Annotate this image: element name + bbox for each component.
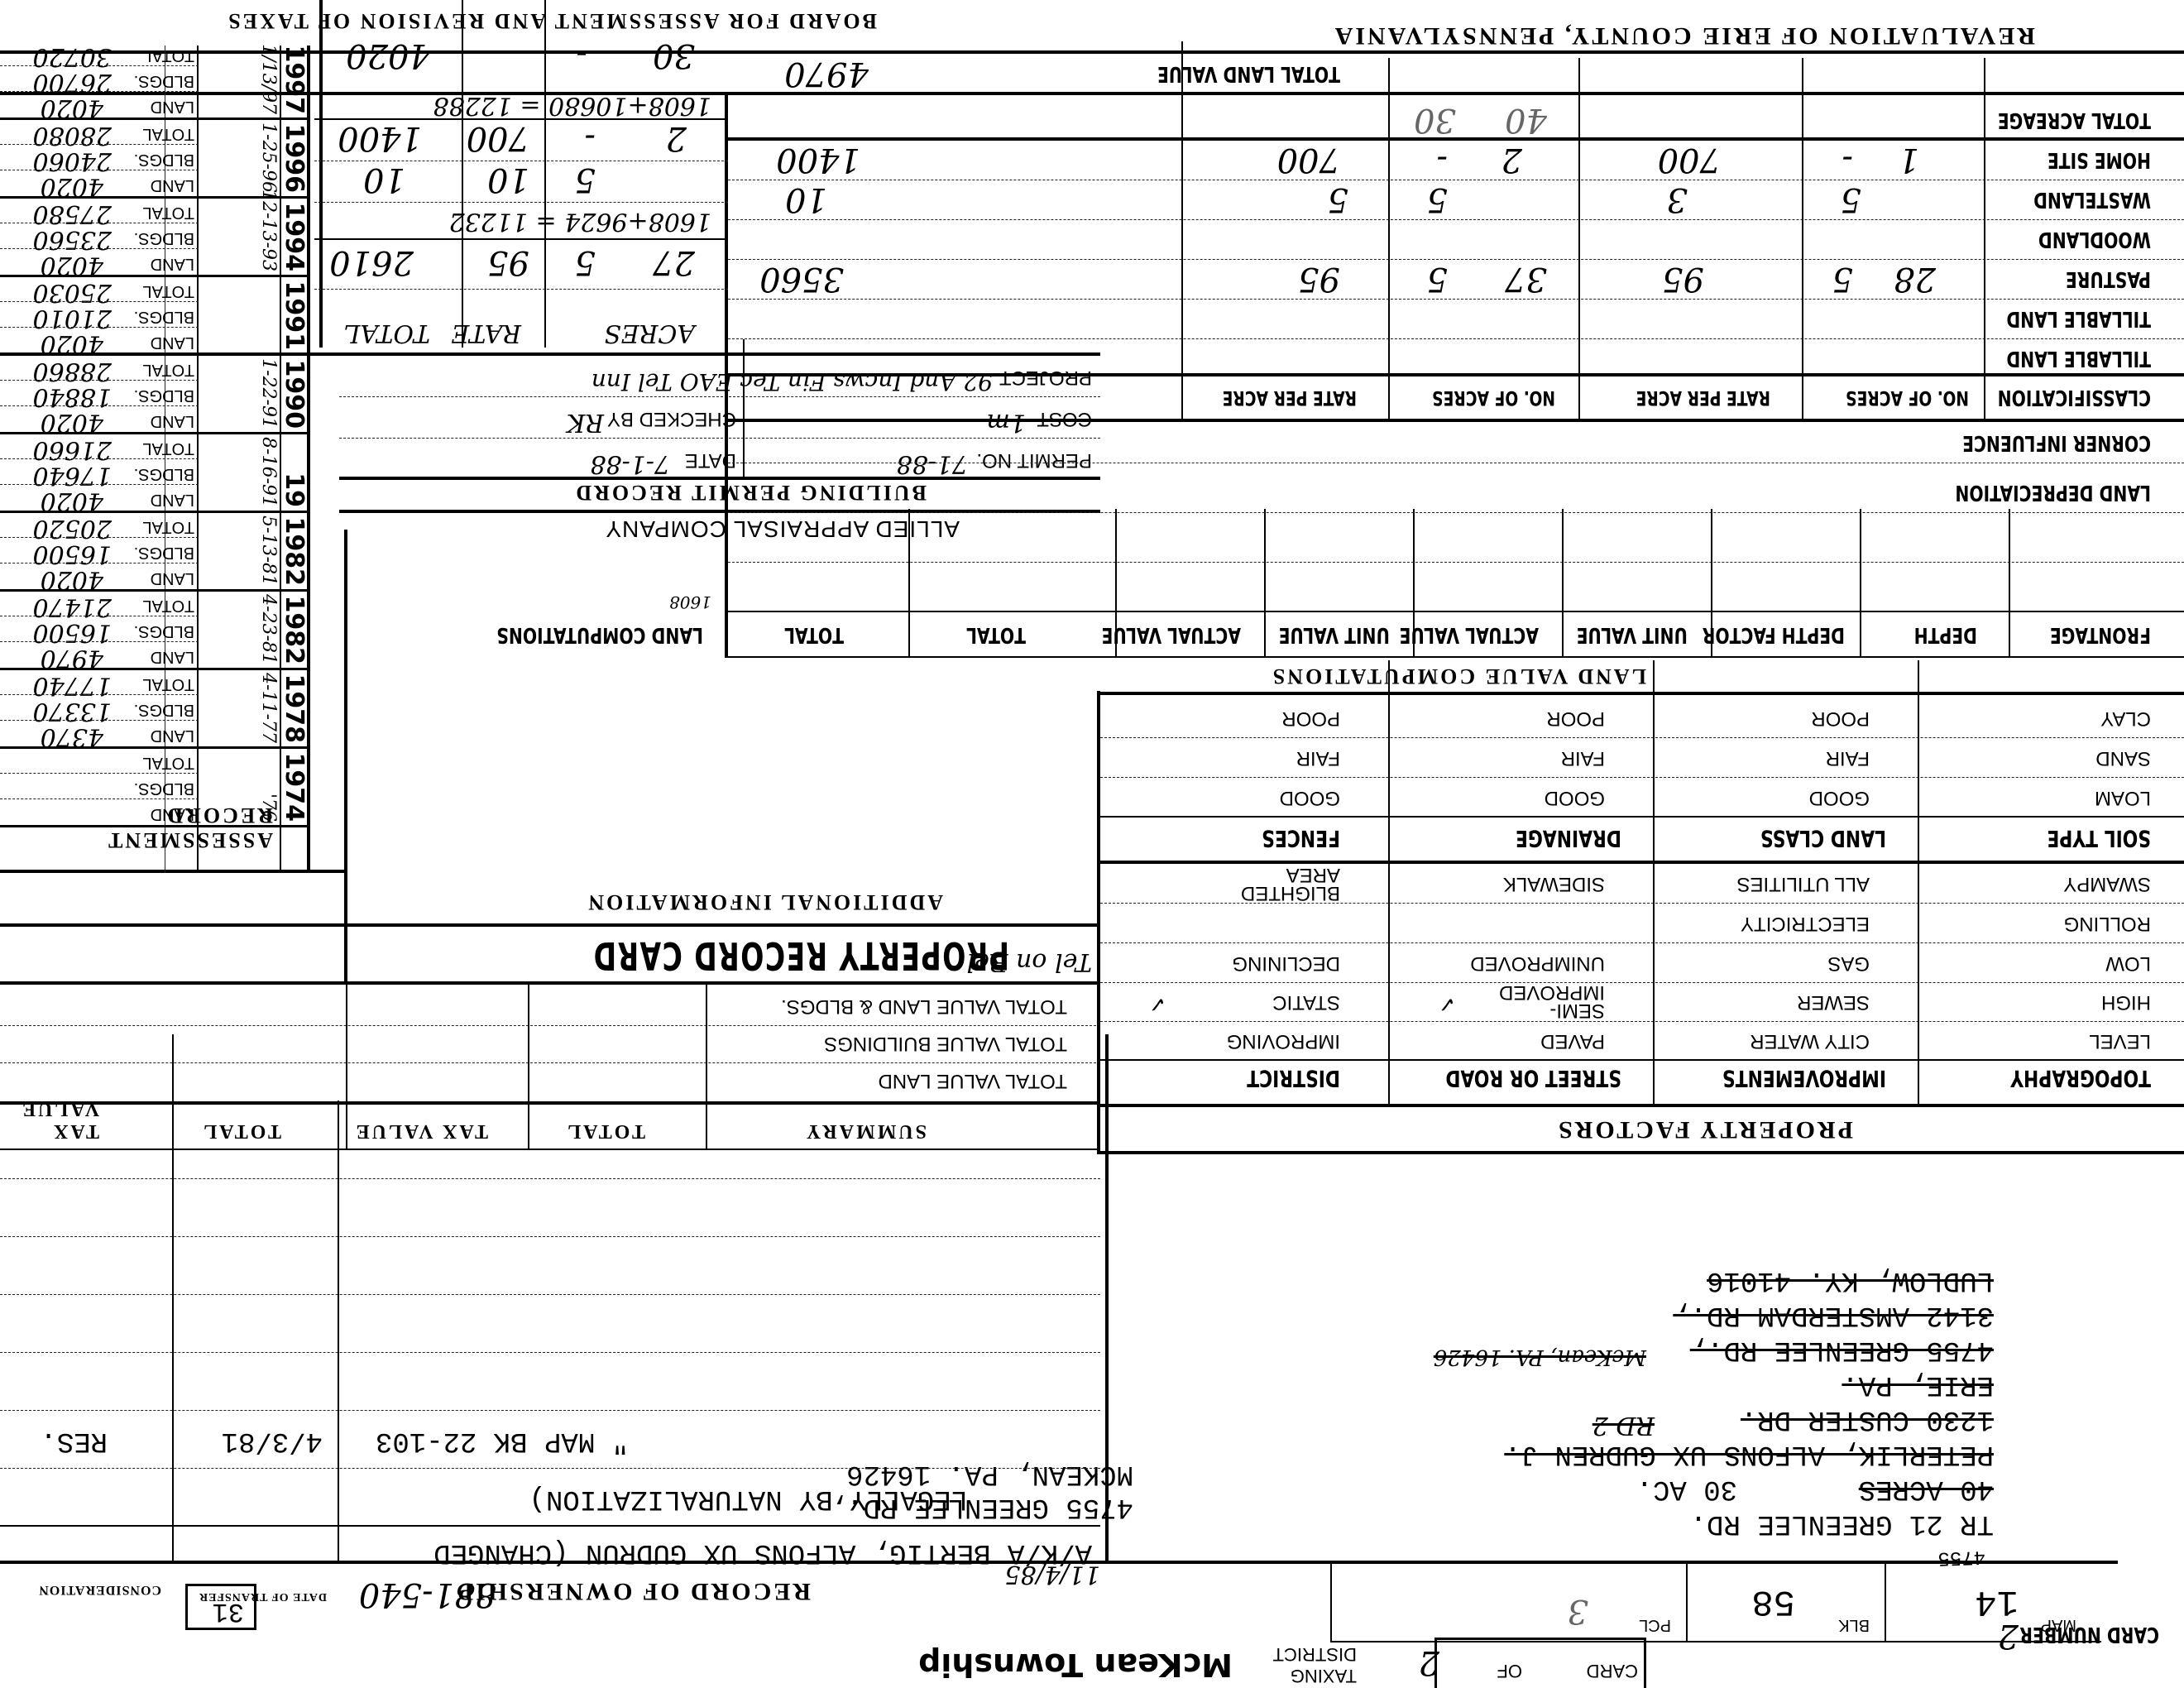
address-annotation-4755: 4755 bbox=[1937, 1545, 1986, 1569]
date-of-transfer-label: DATE OF TRANSFER bbox=[199, 1590, 327, 1603]
total-acreage-1: 40 bbox=[1505, 101, 1547, 139]
lt-classification: CLASSIFICATION bbox=[1998, 385, 2151, 410]
wasteland-value-2: 5 bbox=[1328, 180, 1348, 218]
summary-title: SUMMARY bbox=[804, 1120, 927, 1142]
address-line-8: LUDLOW, KY. 41016 bbox=[1707, 1264, 1994, 1296]
lt-total-acreage: TOTAL ACREAGE bbox=[1998, 108, 2151, 132]
pf-fence-fair: FAIR bbox=[1296, 746, 1340, 770]
address-acres-annotation: 30 AC. bbox=[1636, 1473, 1737, 1504]
lvc-col-frontage: FRONTAGE bbox=[2050, 622, 2151, 647]
assessment-land-value: 4020 bbox=[41, 329, 103, 358]
assessment-land-label: LAND bbox=[151, 97, 194, 116]
lvc-col-actual-value-2: ACTUAL VALUE bbox=[1102, 622, 1241, 647]
pf-drain-good: GOOD bbox=[1545, 786, 1605, 809]
assessment-land-value: 4020 bbox=[41, 408, 103, 437]
assessment-year: 1978 bbox=[280, 674, 309, 744]
permit-checked-by-value[interactable]: RK bbox=[567, 408, 604, 437]
pf-col-street: STREET OR ROAD bbox=[1445, 1065, 1621, 1092]
address-line-4: 1230 CUSTER DR. bbox=[1741, 1403, 1994, 1435]
pf-clay: CLAY bbox=[2100, 707, 2151, 730]
assessment-bldgs-label: BLDGS. bbox=[134, 779, 194, 798]
pf-col-fences: FENCES bbox=[1262, 825, 1340, 852]
assessment-bldgs-value: 23560 bbox=[33, 225, 112, 254]
assessment-land-label: LAND bbox=[151, 726, 194, 745]
assessment-year-block: 1978 4-11-77 LAND BLDGS. TOTAL 4370 1337… bbox=[0, 668, 310, 749]
blk-label: BLK bbox=[1838, 1615, 1870, 1634]
property-card-note: Tel on Rel bbox=[967, 947, 1092, 976]
lc-row5-calc: 1608+10680 = 12288 bbox=[433, 91, 711, 120]
lc-row4-rate: - bbox=[584, 119, 596, 157]
board-header: BOARD FOR ASSESSMENT AND REVISION OF TAX… bbox=[226, 8, 877, 33]
pasture-total: 3560 bbox=[759, 260, 844, 298]
lc-row6-acres: 30 bbox=[653, 36, 695, 74]
assessment-total-value: 21660 bbox=[33, 435, 112, 464]
assessment-bldgs-label: BLDGS. bbox=[134, 386, 194, 405]
permit-cost-value[interactable]: 1m bbox=[986, 408, 1026, 437]
additional-info-title: ADDITIONAL INFORMATION bbox=[586, 890, 943, 914]
summary-row-land-bldgs: TOTAL VALUE LAND & BLDGS. bbox=[781, 995, 1067, 1018]
land-value-computations-title: LAND VALUE COMPUTATIONS bbox=[1271, 664, 1646, 688]
pasture-acres-2: 37 bbox=[1505, 260, 1547, 298]
building-permit-title: BUILDING PERMIT RECORD bbox=[573, 480, 927, 505]
assessment-bldgs-value: 16500 bbox=[33, 618, 112, 647]
pf-col-district: DISTRICT bbox=[1247, 1065, 1340, 1092]
assessment-bldgs-value: 17640 bbox=[33, 461, 112, 490]
summary-row-land: TOTAL VALUE LAND bbox=[878, 1069, 1067, 1092]
lt-pasture: PASTURE bbox=[2066, 266, 2151, 291]
land-comp-scratch: 1608 bbox=[669, 592, 711, 612]
assessment-total-label: TOTAL bbox=[142, 517, 194, 536]
lvc-col-total-1: TOTAL bbox=[966, 622, 1026, 647]
assessment-total-label: TOTAL bbox=[142, 360, 194, 379]
assessment-total-value: 27580 bbox=[33, 199, 112, 228]
assessment-year-block: 1982 5-13-81 LAND BLDGS. TOTAL 4020 1650… bbox=[0, 511, 310, 592]
pf-col-soil: SOIL TYPE bbox=[2047, 825, 2151, 852]
assessment-total-label: TOTAL bbox=[142, 596, 194, 615]
assessment-date-stamp: '76 bbox=[258, 794, 279, 822]
assessment-year: 1974 bbox=[280, 753, 309, 822]
pf-electricity: ELECTRICITY bbox=[1741, 912, 1870, 935]
ownership-row-3-date: 4/3/81 bbox=[222, 1425, 323, 1456]
allied-appraisal-company: ALLIED APPRAISAL COMPANY bbox=[605, 516, 960, 542]
assessment-total-value: 21470 bbox=[33, 592, 112, 621]
pf-semi-improved: SEMI-IMPROVED bbox=[1473, 983, 1605, 1019]
wasteland-rate-2: 5 bbox=[1427, 180, 1448, 218]
assessment-land-label: LAND bbox=[151, 175, 194, 194]
lc-row4-total: 1400 bbox=[338, 119, 422, 157]
lc-row1-acres: 27 bbox=[653, 243, 695, 281]
ownership-row-3-consideration: RES. bbox=[40, 1425, 108, 1456]
pasture-rate-2: 5 bbox=[1427, 260, 1448, 298]
pf-declining: DECLINING bbox=[1232, 952, 1340, 975]
lt-corner-influence: CORNER INFLUENCE bbox=[1962, 430, 2151, 455]
ownership-title: RECORD OF OWNERSHIP bbox=[456, 1577, 811, 1605]
assessment-bldgs-value: 26700 bbox=[33, 68, 112, 97]
assessment-year: 1997 bbox=[280, 46, 309, 115]
assessment-land-value: 4020 bbox=[41, 487, 103, 516]
pf-semi-improved-check[interactable]: ✓ bbox=[1438, 991, 1456, 1016]
lt-rate-1: RATE PER ACRE bbox=[1636, 386, 1770, 410]
assessment-land-label: LAND bbox=[151, 647, 194, 666]
assessment-land-label: LAND bbox=[151, 333, 194, 352]
pcl-value: 3 bbox=[1568, 1592, 1588, 1630]
assessment-total-value: 28080 bbox=[33, 121, 112, 150]
assessment-land-value: 4370 bbox=[41, 722, 103, 751]
ownership-row-3-text: " MAP BK 22-103 bbox=[376, 1425, 629, 1456]
lc-row4-acres: 2 bbox=[666, 119, 687, 157]
assessment-date-stamp: 4-23-81 bbox=[258, 594, 279, 664]
assessment-total-value: 30720 bbox=[33, 42, 112, 71]
lc-row3-total: 10 bbox=[363, 161, 405, 199]
consideration-label: CONSIDERATION bbox=[38, 1582, 161, 1597]
taxing-label: TAXING bbox=[1291, 1665, 1357, 1686]
assessment-total-value: 28860 bbox=[33, 357, 112, 386]
assessment-bldgs-value: 13370 bbox=[33, 697, 112, 726]
permit-no-value[interactable]: 71-88 bbox=[897, 449, 968, 478]
assessment-year: 1982 bbox=[280, 517, 309, 587]
pf-rolling: ROLLING bbox=[2064, 912, 2151, 935]
assessment-total-label: TOTAL bbox=[142, 203, 194, 222]
assessment-date-stamp: 4-11-77 bbox=[258, 673, 279, 743]
home-acres-1: 1 bbox=[1899, 141, 1919, 179]
address-line-7: 3142 AMSTERDAM RD., bbox=[1673, 1299, 1994, 1331]
lt-tillable-2: TILLABLE LAND bbox=[2006, 306, 2151, 331]
address-line-2: 40 ACRES bbox=[1859, 1473, 1994, 1504]
assessment-total-value: 25030 bbox=[33, 278, 112, 307]
pf-land-fair: FAIR bbox=[1826, 746, 1870, 770]
map-value: 14 bbox=[1975, 1580, 2019, 1622]
assessment-bldgs-label: BLDGS. bbox=[134, 621, 194, 640]
assessment-bldgs-label: BLDGS. bbox=[134, 464, 194, 483]
card-of-value: 2 bbox=[1419, 1643, 1439, 1681]
pasture-value-1: 95 bbox=[1662, 260, 1704, 298]
assessment-date-stamp: 12-13-93 bbox=[258, 189, 279, 271]
pf-level: LEVEL bbox=[2089, 1029, 2151, 1053]
address-line-3: PETERLIK, ALFONS UX GUDREN J. bbox=[1504, 1438, 1994, 1470]
assessment-land-label: LAND bbox=[151, 568, 194, 587]
lvc-col-actual-value-1: ACTUAL VALUE bbox=[1400, 622, 1539, 647]
wasteland-total: 10 bbox=[785, 180, 827, 218]
card-of-of-label: OF bbox=[1497, 1660, 1522, 1681]
assessment-bldgs-label: BLDGS. bbox=[134, 543, 194, 562]
assessment-bldgs-label: BLDGS. bbox=[134, 307, 194, 326]
assessment-year-block: 19 8-16-91 LAND BLDGS. TOTAL 4020 17640 … bbox=[0, 432, 310, 513]
lc-row6-total: 4020 bbox=[346, 36, 430, 74]
assessment-year-block: 1996 1-25-96 LAND BLDGS. TOTAL 4020 2406… bbox=[0, 117, 310, 199]
permit-checked-by-label: CHECKED BY bbox=[607, 407, 736, 430]
property-factors-title: PROPERTY FACTORS bbox=[1556, 1115, 1853, 1144]
lt-wasteland: WASTELAND bbox=[2033, 187, 2151, 212]
assessment-bldgs-value: 16500 bbox=[33, 539, 112, 568]
pf-col-topography: TOPOGRAPHY bbox=[2010, 1065, 2151, 1092]
total-land-value: 4970 bbox=[784, 55, 869, 93]
assessment-total-label: TOTAL bbox=[142, 753, 194, 772]
land-comp-acres-label: ACRES bbox=[604, 319, 695, 348]
assessment-year-block: 1997 1/13/97 LAND BLDGS. TOTAL 4020 2670… bbox=[0, 39, 310, 120]
total-acreage-2: 30 bbox=[1414, 101, 1456, 139]
address-mckean-annotation: McKean, PA. 16426 bbox=[1434, 1345, 1646, 1369]
assessment-total-label: TOTAL bbox=[142, 439, 194, 458]
ownership-book-page: 881-540 bbox=[359, 1575, 496, 1614]
lc-row4-value: 700 bbox=[467, 119, 529, 157]
permit-date-label: DATE bbox=[685, 448, 736, 472]
pf-col-drainage: DRAINAGE bbox=[1516, 825, 1621, 852]
assessment-land-value: 4020 bbox=[41, 565, 103, 594]
lc-row1-value: 95 bbox=[487, 243, 529, 281]
map-label: MAP bbox=[2041, 1615, 2076, 1634]
lc-row3-value: 10 bbox=[487, 161, 529, 199]
blk-value: 58 bbox=[1751, 1580, 1795, 1622]
assessment-year: 1996 bbox=[280, 124, 309, 194]
assessment-year: 1994 bbox=[280, 203, 309, 272]
lt-no-acres-2: NO. OF ACRES bbox=[1432, 386, 1555, 410]
lt-no-acres-1: NO. OF ACRES bbox=[1846, 386, 1969, 410]
assessment-land-value: 4020 bbox=[41, 251, 103, 280]
home-rate-1: - bbox=[1842, 141, 1853, 179]
assessment-total-label: TOTAL bbox=[142, 281, 194, 300]
pf-blighted-area: BLIGHTED AREA bbox=[1224, 866, 1340, 902]
pf-fence-good: GOOD bbox=[1280, 786, 1340, 809]
property-record-card-title: PROPERTY RECORD CARD bbox=[592, 933, 1009, 978]
pf-land-poor: POOR bbox=[1811, 707, 1870, 730]
assessment-land-label: LAND bbox=[151, 254, 194, 273]
pasture-value-2: 95 bbox=[1298, 260, 1340, 298]
address-rd2-annotation: RD 2 bbox=[1592, 1411, 1655, 1440]
assessment-bldgs-label: BLDGS. bbox=[134, 71, 194, 90]
assessment-land-value: 4970 bbox=[41, 644, 103, 673]
pf-low: LOW bbox=[2105, 952, 2151, 975]
assessment-total-value: 20520 bbox=[33, 514, 112, 543]
assessment-date-stamp: 1-22-91 bbox=[258, 358, 279, 429]
pasture-rate-1: 5 bbox=[1832, 260, 1853, 298]
assessment-year-block: 1990 1-22-91 LAND BLDGS. TOTAL 4020 1884… bbox=[0, 353, 310, 434]
land-comp-total-label: TOTAL bbox=[343, 319, 430, 348]
assessment-bldgs-label: BLDGS. bbox=[134, 700, 194, 719]
assessment-year: 1991 bbox=[280, 281, 309, 351]
pf-drain-poor: POOR bbox=[1546, 707, 1605, 730]
taxing-district-value: McKean Township bbox=[918, 1647, 1233, 1683]
lc-row6-rate: - bbox=[576, 36, 587, 74]
assessment-year-block: 1994 12-13-93 LAND BLDGS. TOTAL 4020 235… bbox=[0, 196, 310, 277]
pf-static-check[interactable]: ✓ bbox=[1148, 991, 1166, 1016]
pf-paved: PAVED bbox=[1540, 1029, 1605, 1053]
lc-row2-calc: 1608+9624 = 11232 bbox=[449, 207, 711, 236]
assessment-year: 19 bbox=[280, 472, 309, 507]
assessment-date-stamp: 1-25-96 bbox=[258, 122, 279, 193]
wasteland-value-1: 3 bbox=[1667, 180, 1688, 218]
assessment-bldgs-value: 24060 bbox=[33, 146, 112, 175]
lvc-col-depth: DEPTH bbox=[1914, 622, 1977, 647]
assessment-year: 1982 bbox=[280, 596, 309, 665]
home-acres-2: 2 bbox=[1501, 141, 1522, 179]
lt-woodland: WOODLAND bbox=[2038, 227, 2151, 252]
lvc-col-total-2: TOTAL bbox=[784, 622, 844, 647]
ownership-row-2-text: LEGALLY BY NATURALIZATION) bbox=[529, 1483, 969, 1514]
home-value-1: 700 bbox=[1658, 141, 1721, 179]
district-label: DISTRICT bbox=[1273, 1643, 1357, 1665]
lt-rate-2: RATE PER ACRE bbox=[1223, 386, 1357, 410]
assessment-date-stamp: 5-13-81 bbox=[258, 516, 279, 586]
pf-land-good: GOOD bbox=[1809, 786, 1870, 809]
address-line-5: ERIE, PA. bbox=[1842, 1369, 1994, 1400]
assessment-total-label: TOTAL bbox=[142, 674, 194, 693]
card-of-card-label: CARD bbox=[1587, 1660, 1638, 1681]
assessment-land-value: 4020 bbox=[41, 94, 103, 122]
ownership-row-1-text: A/K/A BERTIG, ALFONS UX GUDRUN (CHANGED bbox=[433, 1537, 1092, 1568]
revaluation-header: REVALUATION OF ERIE COUNTY, PENNSYLVANIA bbox=[1333, 22, 2035, 50]
lc-row3-rate: 5 bbox=[575, 161, 596, 199]
assessment-year-block: 1991 LAND BLDGS. TOTAL 4020 21010 25030 bbox=[0, 275, 310, 356]
assessment-bldgs-label: BLDGS. bbox=[134, 228, 194, 247]
assessment-land-label: LAND bbox=[151, 411, 194, 430]
assessment-bldgs-value: 21010 bbox=[33, 304, 112, 333]
assessment-year-block: 1982 4-23-81 LAND BLDGS. TOTAL 4970 1650… bbox=[0, 589, 310, 670]
pf-gas: GAS bbox=[1827, 952, 1870, 975]
pf-all-utilities: ALL UTILITIES bbox=[1737, 872, 1870, 895]
address-line-6: 4755 GREENLEE RD., bbox=[1690, 1334, 1994, 1365]
lvc-col-depth-factor: DEPTH FACTOR bbox=[1703, 622, 1845, 647]
summary-tax-col-2: TAX VALUE bbox=[0, 1097, 99, 1142]
assessment-total-label: TOTAL bbox=[142, 124, 194, 143]
property-record-card-sheet: CARD NUMBER 2 CARD OF 2 TAXING DISTRICT … bbox=[0, 0, 2184, 1688]
pf-sand: SAND bbox=[2095, 746, 2151, 770]
assessment-total-label: TOTAL bbox=[142, 46, 194, 65]
pf-high: HIGH bbox=[2101, 990, 2151, 1014]
pf-unimproved: UNIMPROVED bbox=[1470, 952, 1605, 975]
lt-total-land-value: TOTAL LAND VALUE bbox=[1157, 61, 1340, 86]
wasteland-rate-1: 5 bbox=[1841, 180, 1861, 218]
home-value-2: 700 bbox=[1277, 141, 1340, 179]
summary-total-col-2: TOTAL bbox=[201, 1120, 281, 1142]
pf-improving: IMPROVING bbox=[1227, 1029, 1340, 1053]
pf-col-improvements: IMPROVEMENTS bbox=[1722, 1065, 1886, 1092]
lt-tillable-1: TILLABLE LAND bbox=[2006, 346, 2151, 371]
assessment-land-label: LAND bbox=[151, 490, 194, 509]
pf-swampy: SWAMPY bbox=[2063, 872, 2151, 895]
address-line-1: TR 21 GREENLEE RD. bbox=[1690, 1508, 1994, 1539]
pf-col-land-class: LAND CLASS bbox=[1760, 825, 1886, 852]
home-total: 1400 bbox=[776, 141, 860, 179]
summary-tax-col: TAX VALUE bbox=[354, 1120, 488, 1142]
lt-land-depreciation: LAND DEPRECIATION bbox=[1955, 480, 2151, 505]
home-rate-2: - bbox=[1436, 141, 1448, 179]
permit-no-label: PERMIT NO. bbox=[976, 448, 1092, 472]
assessment-date-stamp: 8-16-91 bbox=[258, 437, 279, 507]
assessment-bldgs-label: BLDGS. bbox=[134, 150, 194, 169]
assessment-date-stamp: 1/13/97 bbox=[258, 44, 279, 114]
permit-date-value[interactable]: 7-1-88 bbox=[590, 449, 670, 478]
lvc-col-unit-value-2: UNIT VALUE bbox=[1279, 622, 1390, 647]
lt-home-site: HOME SITE bbox=[2047, 147, 2151, 172]
permit-project-value[interactable]: 92 And Incws Fin Tec EAO Tel Inn bbox=[591, 368, 993, 396]
pf-loam: LOAM bbox=[2095, 786, 2151, 809]
lvc-col-unit-value-1: UNIT VALUE bbox=[1577, 622, 1688, 647]
permit-project-label: PROJECT bbox=[999, 366, 1092, 389]
assessment-land-label: LAND bbox=[151, 804, 194, 823]
pf-drain-fair: FAIR bbox=[1561, 746, 1605, 770]
card-number-value: 2 bbox=[1998, 1617, 2019, 1655]
pf-city-water: CITY WATER bbox=[1750, 1029, 1870, 1053]
pf-sidewalk: SIDEWALK bbox=[1503, 872, 1605, 895]
pf-static: STATIC bbox=[1272, 990, 1340, 1014]
summary-total-col: TOTAL bbox=[565, 1120, 645, 1142]
lc-row1-total: 2610 bbox=[329, 243, 414, 281]
assessment-year: 1990 bbox=[280, 360, 309, 429]
assessment-year-block: 1974 '76 LAND BLDGS. TOTAL bbox=[0, 746, 310, 827]
pcl-label: PCL bbox=[1639, 1615, 1671, 1634]
assessment-total-value: 17740 bbox=[33, 671, 112, 700]
assessment-land-value: 4020 bbox=[41, 172, 103, 201]
pasture-acres-1: 28 bbox=[1894, 260, 1936, 298]
summary-row-buildings: TOTAL VALUE BUILDINGS bbox=[824, 1032, 1067, 1055]
lc-row1-rate: 5 bbox=[575, 243, 596, 281]
pf-fence-poor: POOR bbox=[1281, 707, 1340, 730]
pf-sewer: SEWER bbox=[1797, 990, 1870, 1014]
assessment-bldgs-value: 18840 bbox=[33, 382, 112, 411]
land-computations-title: LAND COMPUTATIONS bbox=[496, 622, 703, 647]
